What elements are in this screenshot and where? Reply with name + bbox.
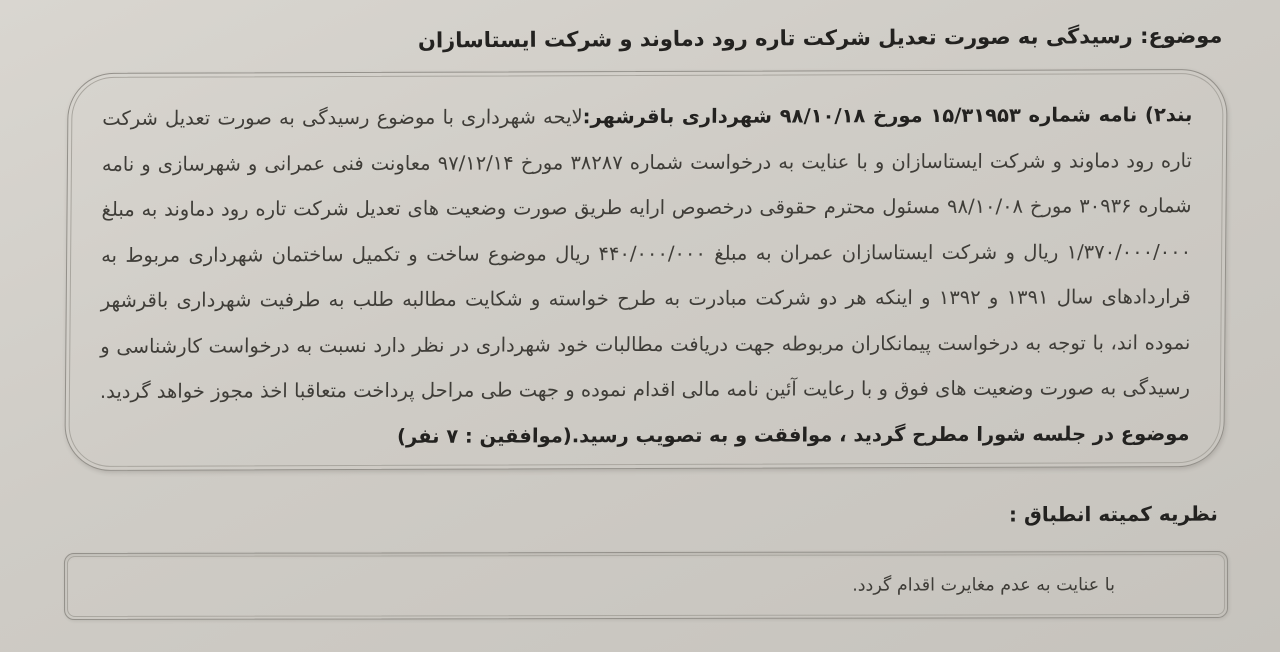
resolution-paragraph: بند۲) نامه شماره ۱۵/۳۱۹۵۳ مورخ ۹۸/۱۰/۱۸ … [65,70,1226,460]
resolution-box: بند۲) نامه شماره ۱۵/۳۱۹۵۳ مورخ ۹۸/۱۰/۱۸ … [64,69,1227,471]
subject-label: موضوع: [1140,24,1223,49]
committee-opinion-heading: نظریه کمیته انطباق : [1009,502,1218,527]
resolution-body: لایحه شهرداری با موضوع رسیدگی به صورت تع… [100,105,1192,403]
resolution-decision: موضوع در جلسه شورا مطرح گردید ، موافقت و… [397,422,1190,448]
subject-title: رسیدگی به صورت تعدیل شرکت تاره رود دماون… [418,24,1133,52]
committee-opinion-box: با عنایت به عدم مغایرت اقدام گردد. [64,551,1228,620]
document-subject-line: موضوع: رسیدگی به صورت تعدیل شرکت تاره رو… [418,24,1223,53]
scanned-council-document: { "subject": { "label": "موضوع:", "title… [0,0,1280,652]
resolution-header: بند۲) نامه شماره ۱۵/۳۱۹۵۳ مورخ ۹۸/۱۰/۱۸ … [583,103,1193,128]
committee-opinion-text: با عنایت به عدم مغایرت اقدام گردد. [852,575,1115,595]
